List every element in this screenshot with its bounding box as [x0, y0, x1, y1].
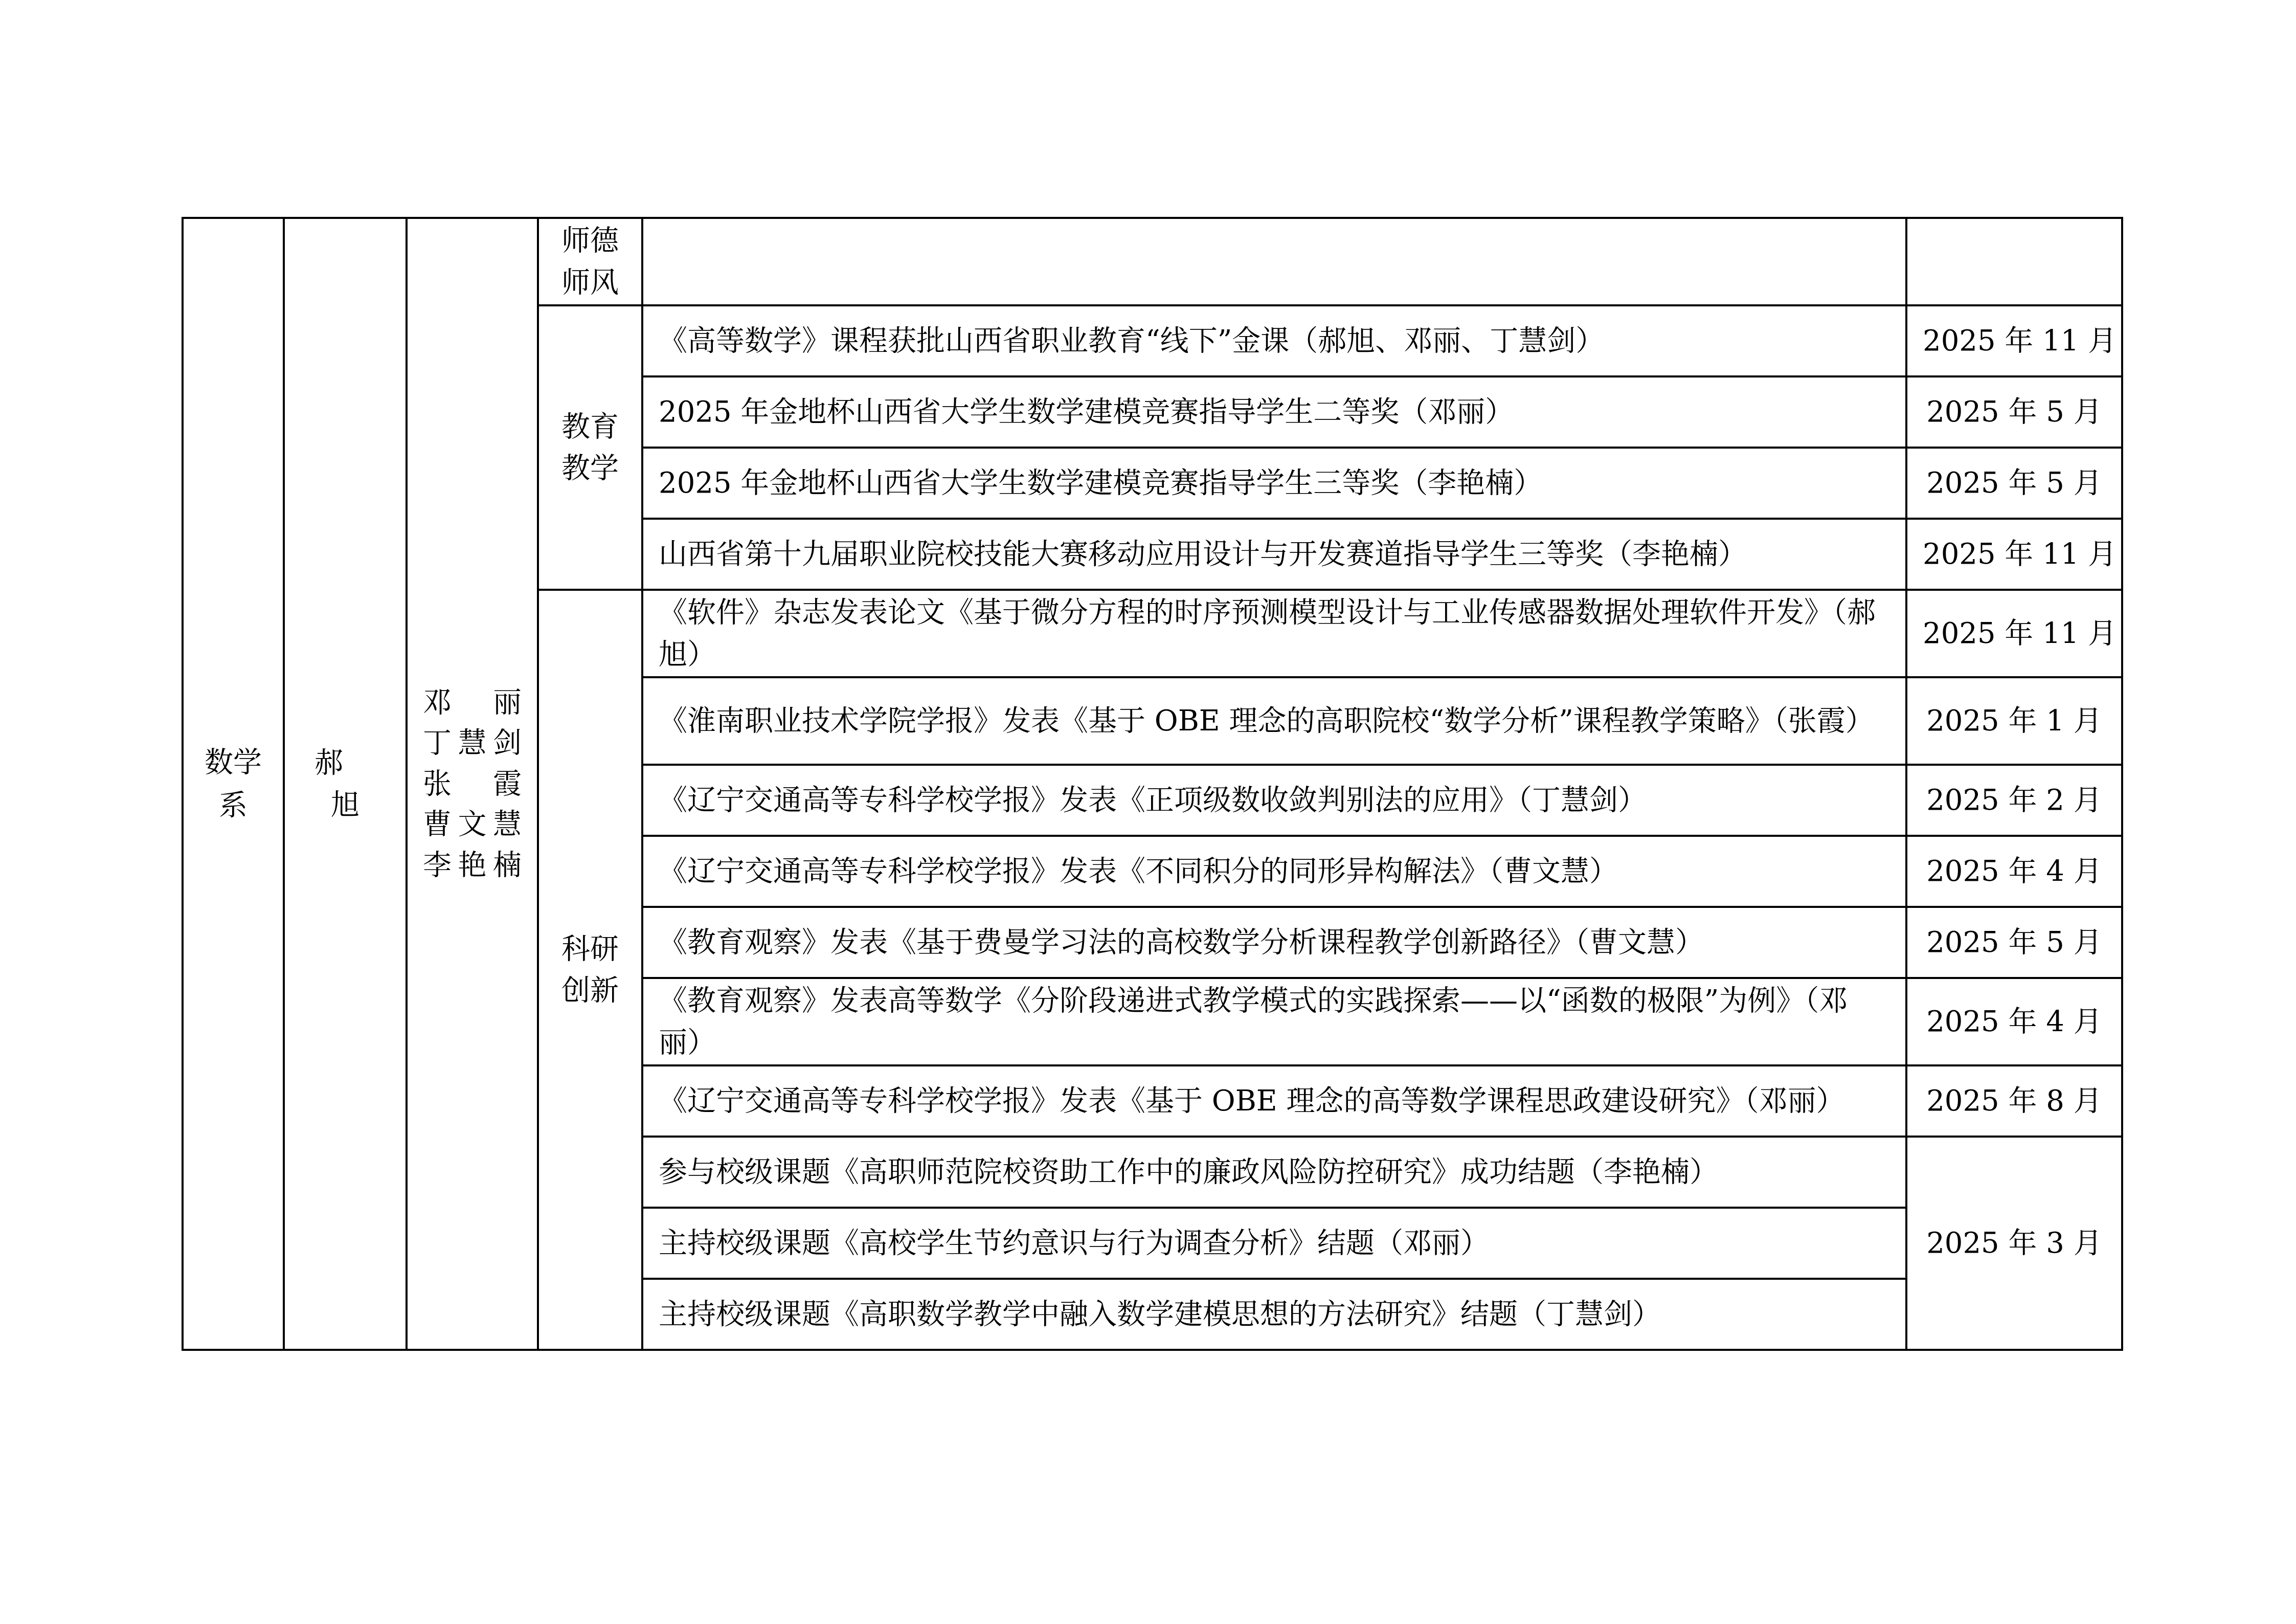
achievement-item: 山西省第十九届职业院校技能大赛移动应用设计与开发赛道指导学生三等奖（李艳楠）: [642, 519, 1906, 590]
achievement-date: 2025 年 5 月: [1906, 907, 2122, 978]
achievement-date: 2025 年 11 月: [1906, 519, 2122, 590]
achievement-table: 数学系 郝旭 邓丽 丁慧剑 张霞 曹文慧 李艳楠 师德师风 教育教学 《高: [182, 217, 2123, 1351]
department-head: 郝旭: [314, 746, 392, 821]
table-row: 数学系 郝旭 邓丽 丁慧剑 张霞 曹文慧 李艳楠 师德师风: [183, 218, 2122, 305]
member-name: 邓丽: [423, 682, 522, 723]
members-cell: 邓丽 丁慧剑 张霞 曹文慧 李艳楠: [407, 218, 538, 1350]
achievement-item: 《辽宁交通高等专科学校学报》发表《基于 OBE 理念的高等数学课程思政建设研究》…: [642, 1065, 1906, 1137]
achievement-item: 《教育观察》发表高等数学《分阶段递进式教学模式的实践探索——以“函数的极限”为例…: [642, 978, 1906, 1065]
achievement-date: 2025 年 11 月: [1906, 590, 2122, 677]
member-name: 张霞: [423, 764, 522, 805]
achievement-item: 《教育观察》发表《基于费曼学习法的高校数学分析课程教学创新路径》（曹文慧）: [642, 907, 1906, 978]
achievement-item: 《软件》杂志发表论文《基于微分方程的时序预测模型设计与工业传感器数据处理软件开发…: [642, 590, 1906, 677]
achievement-item: 参与校级课题《高职师范院校资助工作中的廉政风险防控研究》成功结题（李艳楠）: [642, 1137, 1906, 1208]
ethics-item-cell: [642, 218, 1906, 305]
achievement-item: 《辽宁交通高等专科学校学报》发表《不同积分的同形异构解法》（曹文慧）: [642, 836, 1906, 907]
achievement-date: 2025 年 4 月: [1906, 836, 2122, 907]
achievement-item: 主持校级课题《高校学生节约意识与行为调查分析》结题（邓丽）: [642, 1208, 1906, 1279]
achievement-item: 主持校级课题《高职数学教学中融入数学建模思想的方法研究》结题（丁慧剑）: [642, 1279, 1906, 1350]
category-ethics: 师德师风: [538, 218, 642, 305]
category-research: 科研创新: [538, 590, 642, 1350]
ethics-date-cell: [1906, 218, 2122, 305]
member-name: 李艳楠: [423, 845, 522, 886]
category-teaching: 教育教学: [538, 305, 642, 590]
member-name: 曹文慧: [423, 804, 522, 845]
achievement-date: 2025 年 5 月: [1906, 448, 2122, 519]
member-name: 丁慧剑: [423, 723, 522, 764]
achievement-item: 2025 年金地杯山西省大学生数学建模竞赛指导学生二等奖（邓丽）: [642, 376, 1906, 448]
achievement-item: 《淮南职业技术学院学报》发表《基于 OBE 理念的高职院校“数学分析”课程教学策…: [642, 677, 1906, 765]
achievement-date: 2025 年 2 月: [1906, 765, 2122, 836]
department-name: 数学系: [202, 741, 264, 827]
achievement-date: 2025 年 11 月: [1906, 305, 2122, 376]
achievement-date: 2025 年 1 月: [1906, 677, 2122, 765]
achievement-date-merged: 2025 年 3 月: [1906, 1137, 2122, 1350]
achievement-date: 2025 年 5 月: [1906, 376, 2122, 448]
head-cell: 郝旭: [284, 218, 407, 1350]
department-cell: 数学系: [183, 218, 284, 1350]
achievement-date: 2025 年 4 月: [1906, 978, 2122, 1065]
achievement-date: 2025 年 8 月: [1906, 1065, 2122, 1137]
achievement-item: 《辽宁交通高等专科学校学报》发表《正项级数收敛判别法的应用》（丁慧剑）: [642, 765, 1906, 836]
achievement-item: 2025 年金地杯山西省大学生数学建模竞赛指导学生三等奖（李艳楠）: [642, 448, 1906, 519]
achievement-item: 《高等数学》课程获批山西省职业教育“线下”金课（郝旭、邓丽、丁慧剑）: [642, 305, 1906, 376]
